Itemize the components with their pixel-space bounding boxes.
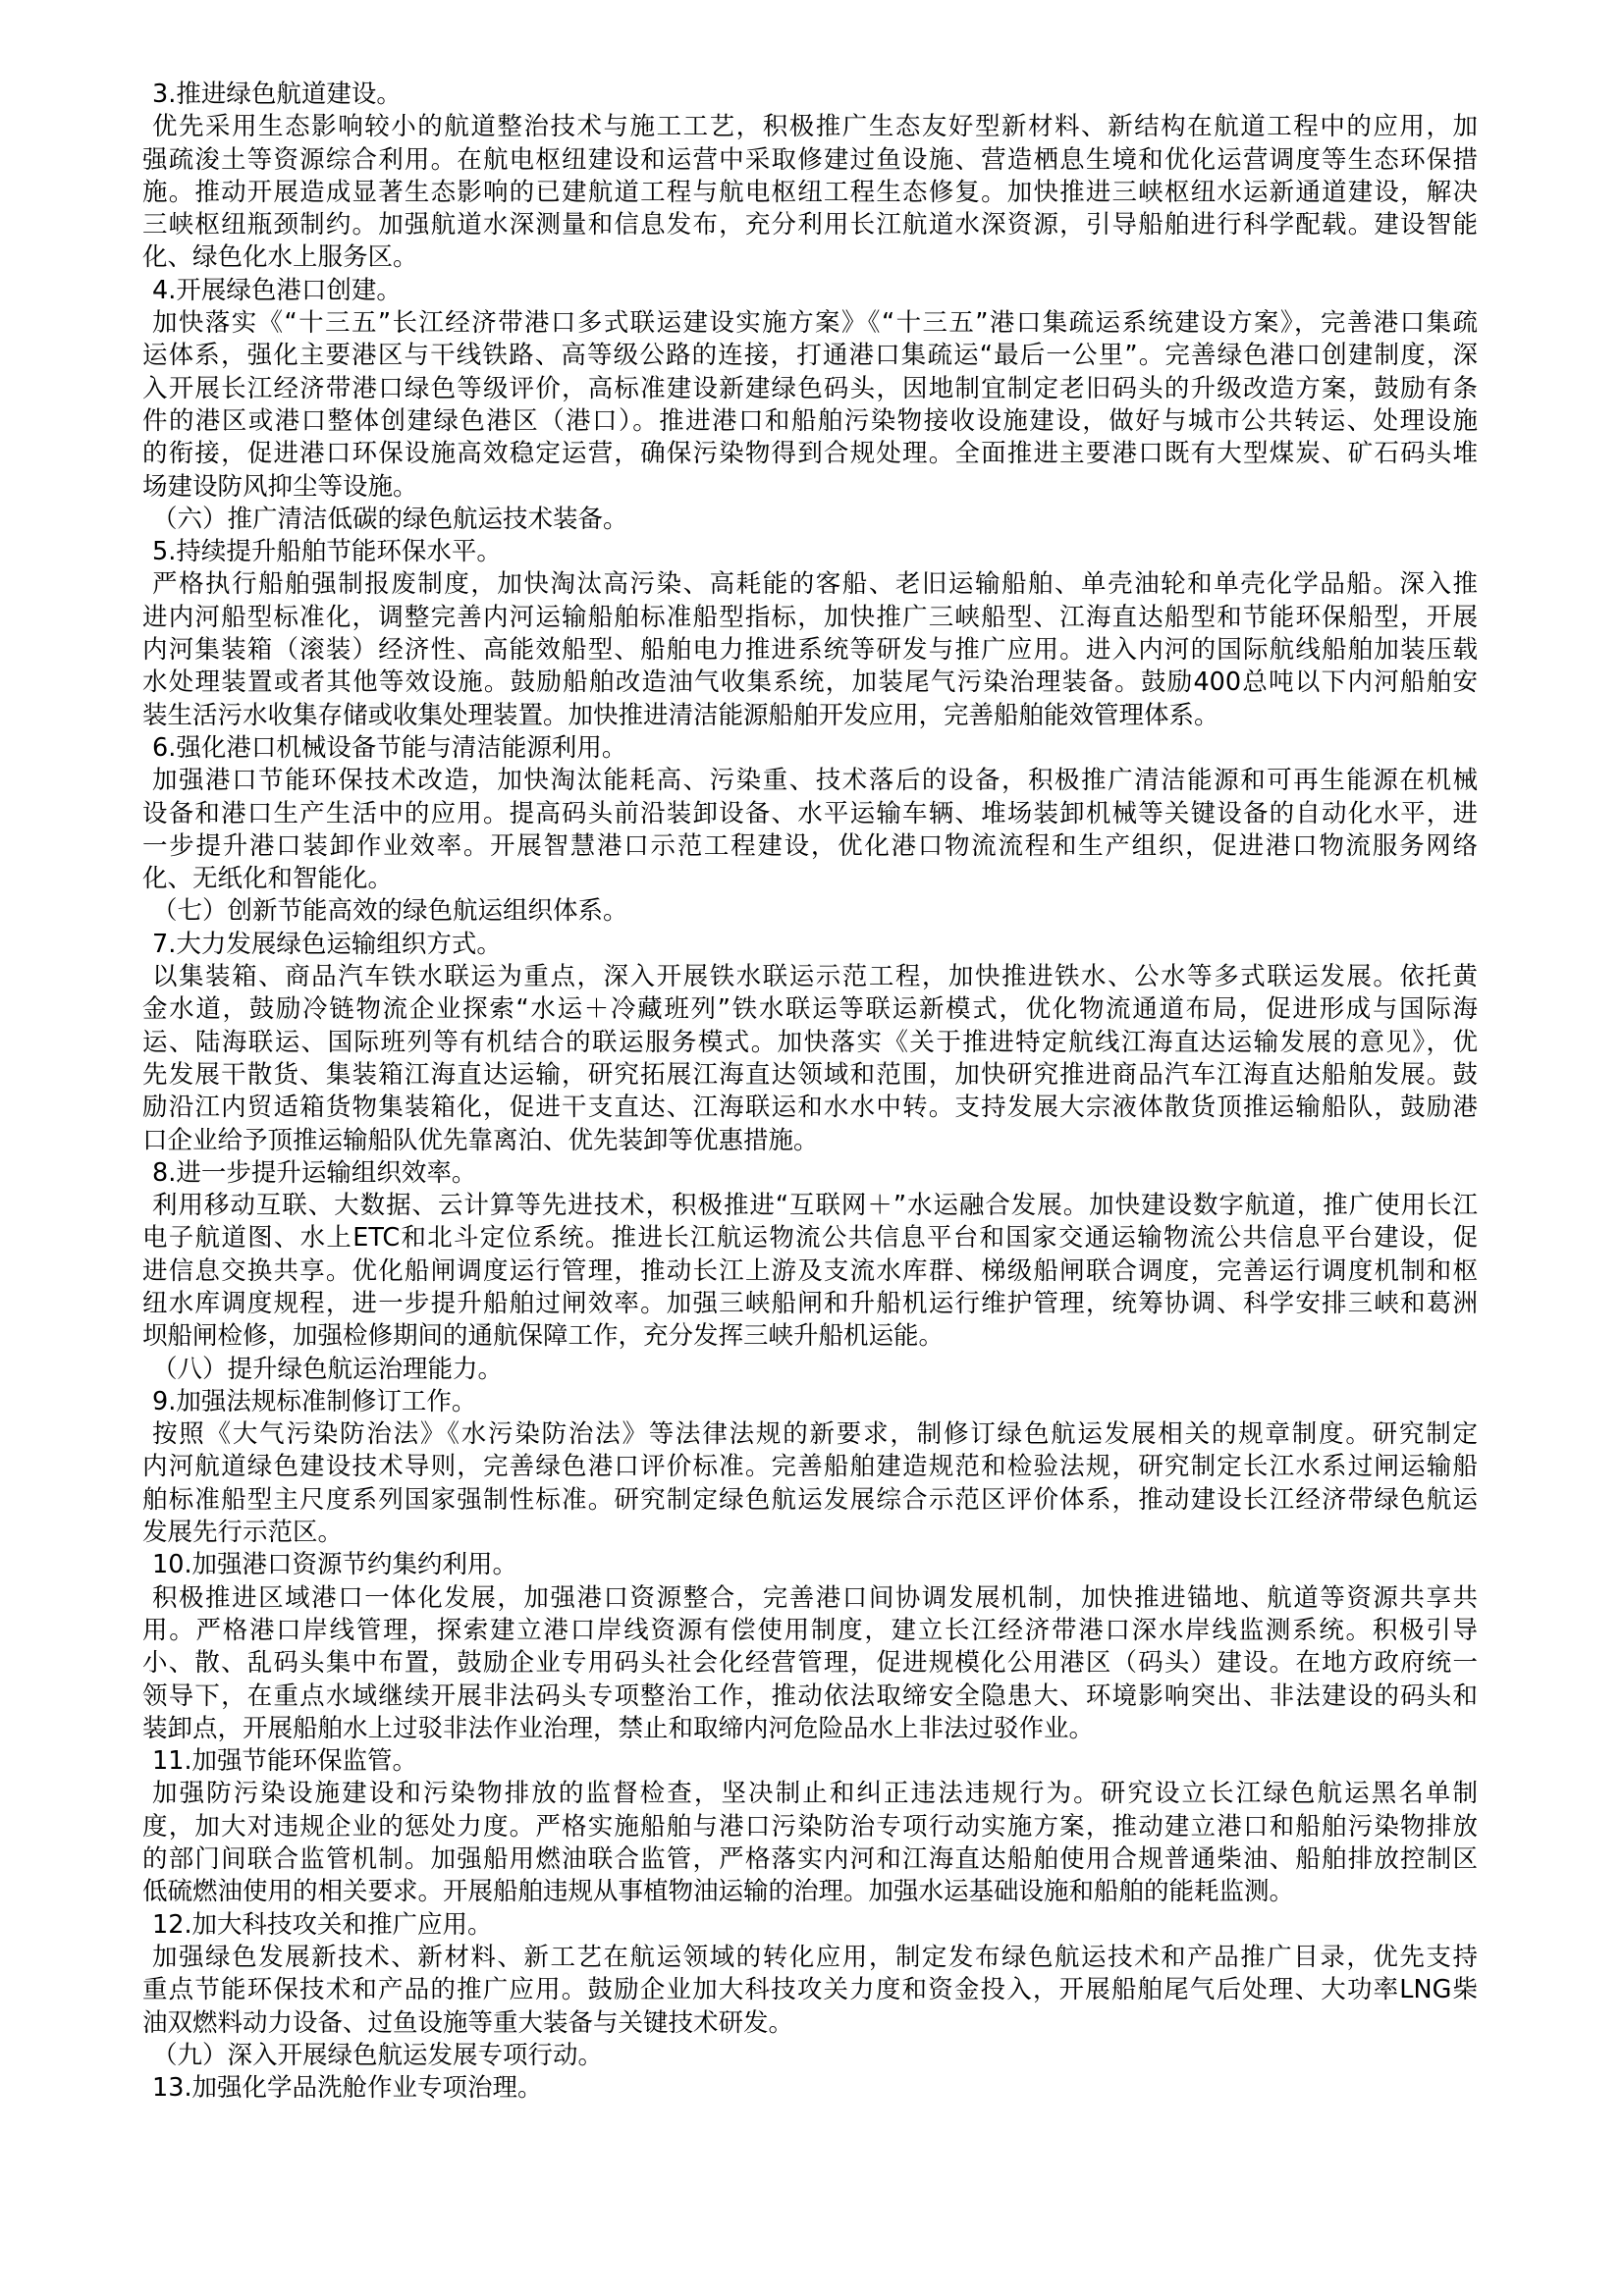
paragraph-line: 先发展干散货、集装箱江海直达运输，研究拓展江海直达领域和范围，加快研究推进商品汽… [142, 1059, 1478, 1092]
paragraph-line: 化、无纸化和智能化。 [142, 863, 1478, 895]
paragraph-line: 运、陆海联运、国际班列等有机结合的联运服务模式。加快落实《关于推进特定航线江海直… [142, 1027, 1478, 1059]
subheading-text: 6.强化港口机械设备节能与清洁能源利用。 [142, 732, 1478, 765]
paragraph-line: 装生活污水收集存储或收集处理装置。加快推进清洁能源船舶开发应用，完善船舶能效管理… [142, 700, 1478, 732]
paragraph-line: 施。推动开展造成显著生态影响的已建航道工程与航电枢纽工程生态修复。加快推进三峡枢… [142, 177, 1478, 209]
heading-11-supervision: 11.加强节能环保监管。 [142, 1745, 1478, 1778]
paragraph-3: 优先采用生态影响较小的航道整治技术与施工工艺，积极推广生态友好型新材料、新结构在… [142, 111, 1478, 274]
paragraph-line: 坝船闸检修，加强检修期间的通航保障工作，充分发挥三峡升船机运能。 [142, 1320, 1478, 1353]
paragraph-10: 积极推进区域港口一体化发展，加强港口资源整合，完善港口间协调发展机制，加快推进锚… [142, 1582, 1478, 1745]
paragraph-line: 加快落实《“十三五”长江经济带港口多式联运建设实施方案》《“十三五”港口集疏运系… [142, 307, 1478, 340]
paragraph-line: 低硫燃油使用的相关要求。开展船舶违规从事植物油运输的治理。加强水运基础设施和船舶… [142, 1876, 1478, 1908]
paragraph-line: 小、散、乱码头集中布置，鼓励企业专用码头社会化经营管理，促进规模化公用港区（码头… [142, 1647, 1478, 1680]
paragraph-line: 加强港口节能环保技术改造，加快淘汰能耗高、污染重、技术落后的设备，积极推广清洁能… [142, 765, 1478, 797]
paragraph-line: 的衔接，促进港口环保设施高效稳定运营，确保污染物得到合规处理。全面推进主要港口既… [142, 438, 1478, 470]
section-text: （七）创新节能高效的绿色航运组织体系。 [142, 895, 1478, 928]
paragraph-line: 度，加大对违规企业的惩处力度。严格实施船舶与港口污染防治专项行动实施方案，推动建… [142, 1811, 1478, 1843]
paragraph-7: 以集装箱、商品汽车铁水联运为重点，深入开展铁水联运示范工程，加快推进铁水、公水等… [142, 961, 1478, 1157]
paragraph-line: 发展先行示范区。 [142, 1517, 1478, 1549]
heading-7-transport-org: 7.大力发展绿色运输组织方式。 [142, 929, 1478, 961]
section-8-governance: （八）提升绿色航运治理能力。 [142, 1354, 1478, 1386]
paragraph-line: 积极推进区域港口一体化发展，加强港口资源整合，完善港口间协调发展机制，加快推进锚… [142, 1582, 1478, 1615]
section-text: （九）深入开展绿色航运发展专项行动。 [142, 2040, 1478, 2072]
paragraph-12: 加强绿色发展新技术、新材料、新工艺在航运领域的转化应用，制定发布绿色航运技术和产… [142, 1942, 1478, 2040]
paragraph-line: 优先采用生态影响较小的航道整治技术与施工工艺，积极推广生态友好型新材料、新结构在… [142, 111, 1478, 143]
paragraph-line: 纽水库调度规程，进一步提升船舶过闸效率。加强三峡船闸和升船机运行维护管理，统筹协… [142, 1288, 1478, 1320]
paragraph-line: 电子航道图、水上ETC和北斗定位系统。推进长江航运物流公共信息平台和国家交通运输… [142, 1222, 1478, 1255]
paragraph-line: 设备和港口生产生活中的应用。提高码头前沿装卸设备、水平运输车辆、堆场装卸机械等关… [142, 798, 1478, 830]
section-7-organization: （七）创新节能高效的绿色航运组织体系。 [142, 895, 1478, 928]
paragraph-line: 严格执行船舶强制报废制度，加快淘汰高污染、高耗能的客船、老旧运输船舶、单壳油轮和… [142, 568, 1478, 601]
heading-4-green-port: 4.开展绿色港口创建。 [142, 275, 1478, 307]
paragraph-line: 口企业给予顶推运输船队优先靠离泊、优先装卸等优惠措施。 [142, 1125, 1478, 1157]
paragraph-9: 按照《大气污染防治法》《水污染防治法》等法律法规的新要求，制修订绿色航运发展相关… [142, 1418, 1478, 1549]
paragraph-line: 强疏浚土等资源综合利用。在航电枢纽建设和运营中采取修建过鱼设施、营造栖息生境和优… [142, 144, 1478, 177]
paragraph-line: 运体系，强化主要港区与干线铁路、高等级公路的连接，打通港口集疏运“最后一公里”。… [142, 340, 1478, 372]
paragraph-line: 以集装箱、商品汽车铁水联运为重点，深入开展铁水联运示范工程，加快推进铁水、公水等… [142, 961, 1478, 993]
paragraph-line: 进信息交换共享。优化船闸调度运行管理，推动长江上游及支流水库群、梯级船闸联合调度… [142, 1255, 1478, 1288]
subheading-text: 4.开展绿色港口创建。 [142, 275, 1478, 307]
subheading-text: 3.推进绿色航道建设。 [142, 79, 1478, 111]
paragraph-line: 三峡枢纽瓶颈制约。加强航道水深测量和信息发布，充分利用长江航道水深资源，引导船舶… [142, 209, 1478, 241]
paragraph-line: 利用移动互联、大数据、云计算等先进技术，积极推进“互联网＋”水运融合发展。加快建… [142, 1190, 1478, 1222]
subheading-text: 5.持续提升船舶节能环保水平。 [142, 536, 1478, 568]
heading-6-port-machinery: 6.强化港口机械设备节能与清洁能源利用。 [142, 732, 1478, 765]
heading-5-ship-energy: 5.持续提升船舶节能环保水平。 [142, 536, 1478, 568]
paragraph-line: 的部门间联合监管机制。加强船用燃油联合监管，严格落实内河和江海直达船舶使用合规普… [142, 1843, 1478, 1876]
subheading-text: 10.加强港口资源节约集约利用。 [142, 1549, 1478, 1581]
paragraph-line: 内河航道绿色建设技术导则，完善绿色港口评价标准。完善船舶建造规范和检验法规，研究… [142, 1451, 1478, 1483]
paragraph-line: 内河集装箱（滚装）经济性、高能效船型、船舶电力推进系统等研发与推广应用。进入内河… [142, 634, 1478, 667]
paragraph-6: 加强港口节能环保技术改造，加快淘汰能耗高、污染重、技术落后的设备，积极推广清洁能… [142, 765, 1478, 895]
heading-9-regulations: 9.加强法规标准制修订工作。 [142, 1386, 1478, 1418]
paragraph-8: 利用移动互联、大数据、云计算等先进技术，积极推进“互联网＋”水运融合发展。加快建… [142, 1190, 1478, 1353]
paragraph-line: 进内河船型标准化，调整完善内河运输船舶标准船型指标，加快推广三峡船型、江海直达船… [142, 602, 1478, 634]
paragraph-line: 件的港区或港口整体创建绿色港区（港口）。推进港口和船舶污染物接收设施建设，做好与… [142, 405, 1478, 438]
subheading-text: 12.加大科技攻关和推广应用。 [142, 1909, 1478, 1942]
paragraph-line: 化、绿色化水上服务区。 [142, 241, 1478, 274]
paragraph-5: 严格执行船舶强制报废制度，加快淘汰高污染、高耗能的客船、老旧运输船舶、单壳油轮和… [142, 568, 1478, 731]
paragraph-11: 加强防污染设施建设和污染物排放的监督检查，坚决制止和纠正违法违规行为。研究设立长… [142, 1778, 1478, 1908]
heading-8-efficiency: 8.进一步提升运输组织效率。 [142, 1157, 1478, 1190]
section-9-special-actions: （九）深入开展绿色航运发展专项行动。 [142, 2040, 1478, 2072]
subheading-text: 7.大力发展绿色运输组织方式。 [142, 929, 1478, 961]
paragraph-line: 装卸点，开展船舶水上过驳非法作业治理，禁止和取缔内河危险品水上非法过驳作业。 [142, 1713, 1478, 1745]
paragraph-line: 重点节能环保技术和产品的推广应用。鼓励企业加大科技攻关力度和资金投入，开展船舶尾… [142, 1974, 1478, 2006]
paragraph-line: 励沿江内贸适箱货物集装箱化，促进干支直达、江海联运和水水中转。支持发展大宗液体散… [142, 1092, 1478, 1124]
paragraph-line: 入开展长江经济带港口绿色等级评价，高标准建设新建绿色码头，因地制宜制定老旧码头的… [142, 373, 1478, 405]
paragraph-line: 金水道，鼓励冷链物流企业探索“水运＋冷藏班列”铁水联运等联运新模式，优化物流通道… [142, 993, 1478, 1026]
heading-12-technology: 12.加大科技攻关和推广应用。 [142, 1909, 1478, 1942]
heading-3-green-channel: 3.推进绿色航道建设。 [142, 79, 1478, 111]
section-6-clean-tech: （六）推广清洁低碳的绿色航运技术装备。 [142, 504, 1478, 536]
document-page: 3.推进绿色航道建设。优先采用生态影响较小的航道整治技术与施工工艺，积极推广生态… [142, 79, 1478, 2105]
paragraph-line: 加强防污染设施建设和污染物排放的监督检查，坚决制止和纠正违法违规行为。研究设立长… [142, 1778, 1478, 1810]
subheading-text: 9.加强法规标准制修订工作。 [142, 1386, 1478, 1418]
section-text: （六）推广清洁低碳的绿色航运技术装备。 [142, 504, 1478, 536]
subheading-text: 13.加强化学品洗舱作业专项治理。 [142, 2072, 1478, 2105]
paragraph-line: 场建设防风抑尘等设施。 [142, 471, 1478, 504]
section-text: （八）提升绿色航运治理能力。 [142, 1354, 1478, 1386]
paragraph-line: 加强绿色发展新技术、新材料、新工艺在航运领域的转化应用，制定发布绿色航运技术和产… [142, 1942, 1478, 1974]
heading-10-port-resources: 10.加强港口资源节约集约利用。 [142, 1549, 1478, 1581]
heading-13-chemical-washing: 13.加强化学品洗舱作业专项治理。 [142, 2072, 1478, 2105]
paragraph-line: 按照《大气污染防治法》《水污染防治法》等法律法规的新要求，制修订绿色航运发展相关… [142, 1418, 1478, 1451]
subheading-text: 11.加强节能环保监管。 [142, 1745, 1478, 1778]
subheading-text: 8.进一步提升运输组织效率。 [142, 1157, 1478, 1190]
paragraph-line: 用。严格港口岸线管理，探索建立港口岸线资源有偿使用制度，建立长江经济带港口深水岸… [142, 1615, 1478, 1647]
paragraph-line: 领导下，在重点水域继续开展非法码头专项整治工作，推动依法取缔安全隐患大、环境影响… [142, 1681, 1478, 1713]
paragraph-line: 一步提升港口装卸作业效率。开展智慧港口示范工程建设，优化港口物流流程和生产组织，… [142, 830, 1478, 863]
paragraph-line: 水处理装置或者其他等效设施。鼓励船舶改造油气收集系统，加装尾气污染治理装备。鼓励… [142, 667, 1478, 699]
paragraph-line: 油双燃料动力设备、过鱼设施等重大装备与关键技术研发。 [142, 2007, 1478, 2040]
paragraph-line: 舶标准船型主尺度系列国家强制性标准。研究制定绿色航运发展综合示范区评价体系，推动… [142, 1484, 1478, 1517]
paragraph-4: 加快落实《“十三五”长江经济带港口多式联运建设实施方案》《“十三五”港口集疏运系… [142, 307, 1478, 504]
